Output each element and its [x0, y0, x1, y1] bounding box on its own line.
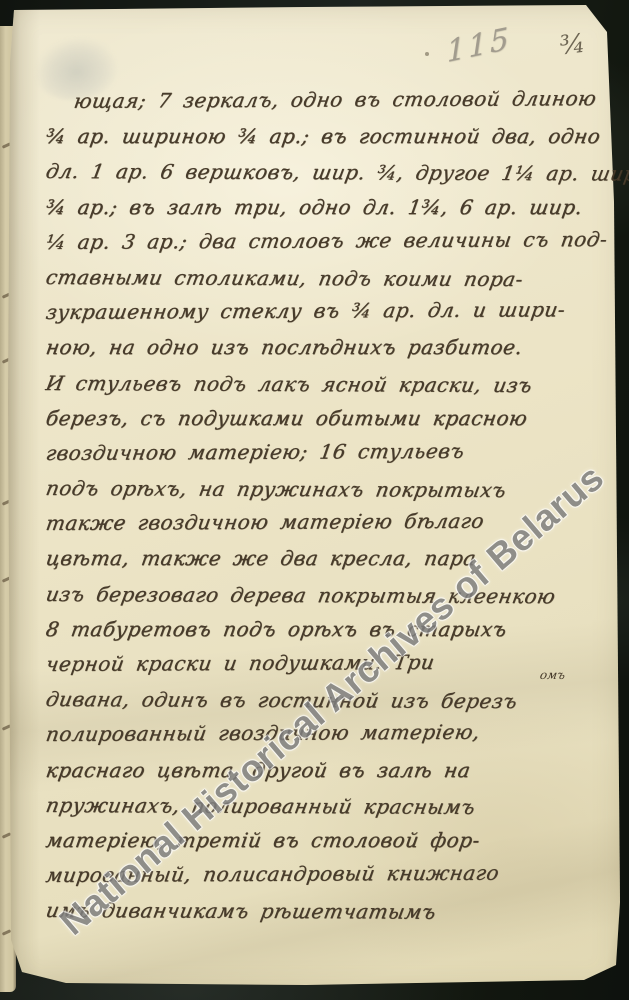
manuscript-line: краснаго цвѣта, другой въ залѣ на — [43, 753, 615, 788]
manuscript-line: цвѣта, также же два кресла, пара — [43, 541, 615, 576]
manuscript-line: ною, на одно изъ послѣднихъ разбитое. — [43, 330, 615, 365]
folio-fraction: ¾ — [559, 29, 587, 61]
ink-dot — [425, 52, 429, 56]
manuscript-line: пружинахъ, полированный краснымъ — [43, 788, 615, 826]
manuscript-line: мированный, полисандровый книжнаго — [43, 855, 615, 893]
interlinear-correction: омъ — [539, 668, 566, 682]
manuscript-line: также гвоздичною матеріею бѣлаго — [43, 503, 615, 541]
manuscript-line: ющая; 7 зеркалъ, одно въ столовой длиною — [43, 81, 615, 119]
manuscript-line: имъ диванчикамъ рѣшетчатымъ — [43, 893, 615, 931]
manuscript-line: гвоздичною матеріею; 16 стульевъ — [43, 433, 615, 471]
manuscript-line: черной краски и подушками. Три — [43, 644, 615, 682]
manuscript-line: ¾ ар.; въ залѣ три, одно дл. 1¾, 6 ар. ш… — [43, 190, 615, 225]
manuscript-line: зукрашенному стеклу въ ¾ ар. дл. и шири- — [43, 292, 615, 330]
prev-page-ink-mark — [2, 724, 11, 731]
scan-background: 115 ¾ ющая; 7 зеркалъ, одно въ столовой … — [0, 0, 629, 1000]
manuscript-line: березъ, съ подушками обитыми красною — [43, 401, 615, 436]
manuscript-line: полированный гвоздичною матеріею, — [43, 714, 615, 752]
manuscript-line: И стульевъ подъ лакъ ясной краски, изъ — [43, 366, 615, 404]
manuscript-text: ющая; 7 зеркалъ, одно въ столовой длиною… — [46, 84, 612, 929]
manuscript-line: матеріею, третій въ столовой фор- — [43, 823, 615, 858]
manuscript-line: дл. 1 ар. 6 вершковъ, шир. ¾, другое 1¼ … — [43, 154, 615, 192]
prev-page-ink-mark — [2, 832, 11, 839]
manuscript-line: ¼ ар. 3 ар.; два столовъ же величины съ … — [43, 222, 615, 260]
manuscript-line: 8 табуретовъ подъ орѣхъ въ старыхъ — [43, 612, 615, 647]
manuscript-line: ¾ ар. шириною ¾ ар.; въ гостинной два, о… — [43, 119, 615, 154]
manuscript-line: изъ березоваго дерева покрытыя клеенкою — [43, 577, 615, 615]
prev-page-ink-mark — [2, 929, 11, 936]
